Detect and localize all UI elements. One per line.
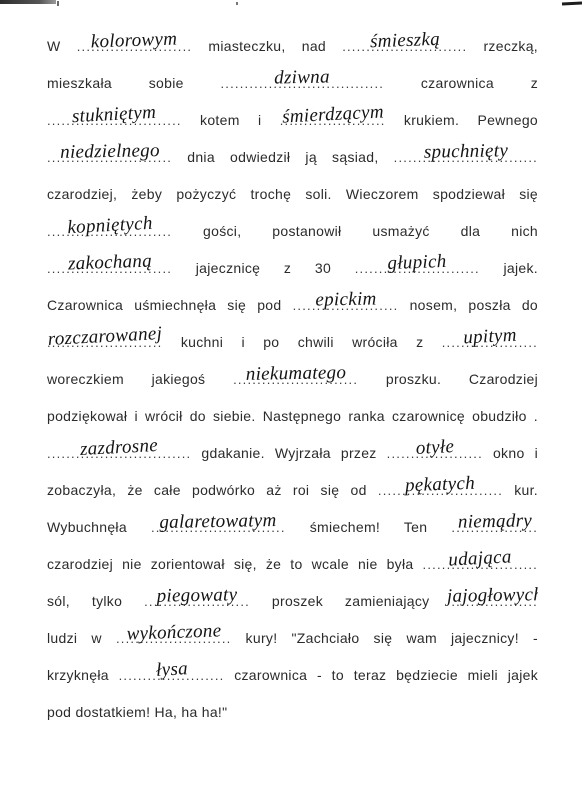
text-line: ..........................niedzielnego d… <box>47 139 538 176</box>
dotted-line: ............................ <box>151 520 286 535</box>
fill-in-blank: ......................epickim <box>293 297 399 313</box>
printed-text: krukiem. Pewnego <box>386 112 538 128</box>
scanned-worksheet-page: W ........................kolorowym mias… <box>0 0 582 800</box>
fill-in-blank: ............................galaretowaty… <box>151 519 286 535</box>
text-line: krzyknęła ......................łysa cza… <box>47 657 538 694</box>
fill-in-blank: ........................udająca <box>423 556 538 572</box>
fill-in-blank: ..................................dziwna <box>220 75 384 91</box>
fill-in-blank: ..............................spuchnięty <box>394 149 538 165</box>
printed-text: kotem i <box>182 112 280 128</box>
printed-text: dnia odwiedził ją sąsiad, <box>172 149 394 165</box>
fill-in-blank: ....................otyłe <box>387 445 483 461</box>
fill-in-blank: ..........................śmieszką <box>342 38 467 54</box>
text-line: ............................stukniętym k… <box>47 102 538 139</box>
dotted-line: ...................... <box>293 298 399 313</box>
scan-artifact-top-left-tick <box>57 1 59 6</box>
text-line: ........................rozczarowanej ku… <box>47 324 538 361</box>
printed-text: kury! "Zachciało się wam jajecznicy! - <box>231 630 538 646</box>
printed-text: Czarownica uśmiechnęła się pod <box>47 297 293 313</box>
text-line: woreczkiem jakiegoś ....................… <box>47 361 538 398</box>
printed-text: okno i <box>483 445 538 461</box>
fill-in-blank: ........................wykończone <box>116 630 231 646</box>
printed-text: woreczkiem jakiegoś <box>47 371 233 387</box>
text-line: podziękował i wrócił do siebie. Następne… <box>47 398 538 435</box>
fill-in-blank: ........................kolorowym <box>77 38 192 54</box>
dotted-line: .......................... <box>342 39 467 54</box>
scan-artifact-top-left <box>0 0 56 4</box>
fill-in-blank: ......................piegowaty <box>144 593 250 609</box>
fill-in-blank: ..................jajogłowych <box>451 593 538 609</box>
printed-text: czarownica - to teraz będziecie mieli ja… <box>224 667 538 683</box>
scan-artifact-top-middle-dot <box>236 2 238 5</box>
fill-in-blank: ..........................pękatych <box>378 482 503 498</box>
text-line: mieszkała sobie ........................… <box>47 65 538 102</box>
printed-text: proszek zamieniający <box>250 593 451 609</box>
fill-in-blank: ..........................zakochaną <box>47 260 172 276</box>
printed-text: zobaczyła, że całe podwórko aż roi się o… <box>47 482 378 498</box>
dotted-line: .................. <box>451 594 538 609</box>
dotted-line: ........................ <box>423 557 538 572</box>
printed-text: jajek. <box>480 260 538 276</box>
text-line: Czarownica uśmiechnęła się pod .........… <box>47 287 538 324</box>
fill-in-blank: ..............................zazdrosne <box>47 445 191 461</box>
printed-text: sól, tylko <box>47 593 144 609</box>
text-line: ludzi w ........................wykończo… <box>47 620 538 657</box>
dotted-line: ...................... <box>144 594 250 609</box>
printed-text: gości, postanowił usmażyć dla nich <box>172 223 538 239</box>
printed-text: W <box>47 38 77 54</box>
text-line: ..........................zakochaną jaje… <box>47 250 538 287</box>
printed-text: czarodziej nie zorientował się, że to wc… <box>47 556 423 572</box>
text-line: sól, tylko ......................piegowa… <box>47 583 538 620</box>
printed-text: śmiechem! Ten <box>286 519 452 535</box>
dotted-line: ........................ <box>116 631 231 646</box>
fill-in-blank: ..........................kopniętych <box>47 223 172 239</box>
dotted-line: .............................. <box>394 150 538 165</box>
fill-in-blank: ............................stukniętym <box>47 112 182 128</box>
dotted-line: .............................. <box>47 446 191 461</box>
printed-text: mieszkała sobie <box>47 75 220 91</box>
dotted-line: .......................... <box>47 150 172 165</box>
dotted-line: .................. <box>451 520 538 535</box>
printed-text: proszku. Czarodziej <box>358 371 538 387</box>
text-line: zobaczyła, że całe podwórko aż roi się o… <box>47 472 538 509</box>
fill-in-blank: ....................upitym <box>442 334 538 350</box>
printed-text: miasteczku, nad <box>192 38 342 54</box>
dotted-line: .......................... <box>233 372 358 387</box>
printed-text: pod dostatkiem! Ha, ha ha!" <box>47 704 227 720</box>
printed-text: kur. <box>503 482 538 498</box>
fill-in-blank: ..........................głupich <box>355 260 480 276</box>
dotted-line: .......................... <box>378 483 503 498</box>
text-line: czarodziej nie zorientował się, że to wc… <box>47 546 538 583</box>
printed-text: czarownica z <box>384 75 538 91</box>
text-line: ..............................zazdrosne … <box>47 435 538 472</box>
dotted-line: ........................ <box>77 39 192 54</box>
text-line: Wybuchnęła ............................g… <box>47 509 538 546</box>
text-line: ..........................kopniętych goś… <box>47 213 538 250</box>
fill-in-blank: ..................niemądry <box>451 519 538 535</box>
text-line: czarodziej, żeby pożyczyć trochę soli. W… <box>47 176 538 213</box>
fill-in-blank: ........................rozczarowanej <box>47 334 162 350</box>
dotted-line: .................... <box>442 335 538 350</box>
dotted-line: .......................... <box>47 261 172 276</box>
printed-text: ludzi w <box>47 630 116 646</box>
fill-in-blank: ..........................niedzielnego <box>47 149 172 165</box>
scan-artifact-top-right <box>562 1 582 5</box>
dotted-line: .................................. <box>220 76 384 91</box>
printed-text: nosem, poszła do <box>398 297 538 313</box>
dotted-line: .................... <box>387 446 483 461</box>
printed-text: kuchni i po chwili wróciła z <box>162 334 441 350</box>
story-text: W ........................kolorowym mias… <box>47 28 538 731</box>
fill-in-blank: ..........................niekumatego <box>233 371 358 387</box>
printed-text: krzyknęła <box>47 667 119 683</box>
printed-text: Wybuchnęła <box>47 519 151 535</box>
fill-in-blank: ......................łysa <box>119 667 225 683</box>
dotted-line: ...................... <box>119 668 225 683</box>
dotted-line: .......................... <box>47 224 172 239</box>
printed-text: jajecznicę z 30 <box>172 260 355 276</box>
dotted-line: ............................ <box>47 113 182 128</box>
dotted-line: .......................... <box>355 261 480 276</box>
dotted-line: ........................ <box>47 335 162 350</box>
printed-text: czarodziej, żeby pożyczyć trochę soli. W… <box>47 186 538 202</box>
printed-text: rzeczką, <box>467 38 538 54</box>
dotted-line: ...................... <box>280 113 386 128</box>
printed-text: gdakanie. Wyjrzała przez <box>191 445 386 461</box>
text-line: W ........................kolorowym mias… <box>47 28 538 65</box>
text-line: pod dostatkiem! Ha, ha ha!" <box>47 694 538 731</box>
printed-text: podziękował i wrócił do siebie. Następne… <box>47 408 538 424</box>
fill-in-blank: ......................śmierdzącym <box>280 112 386 128</box>
